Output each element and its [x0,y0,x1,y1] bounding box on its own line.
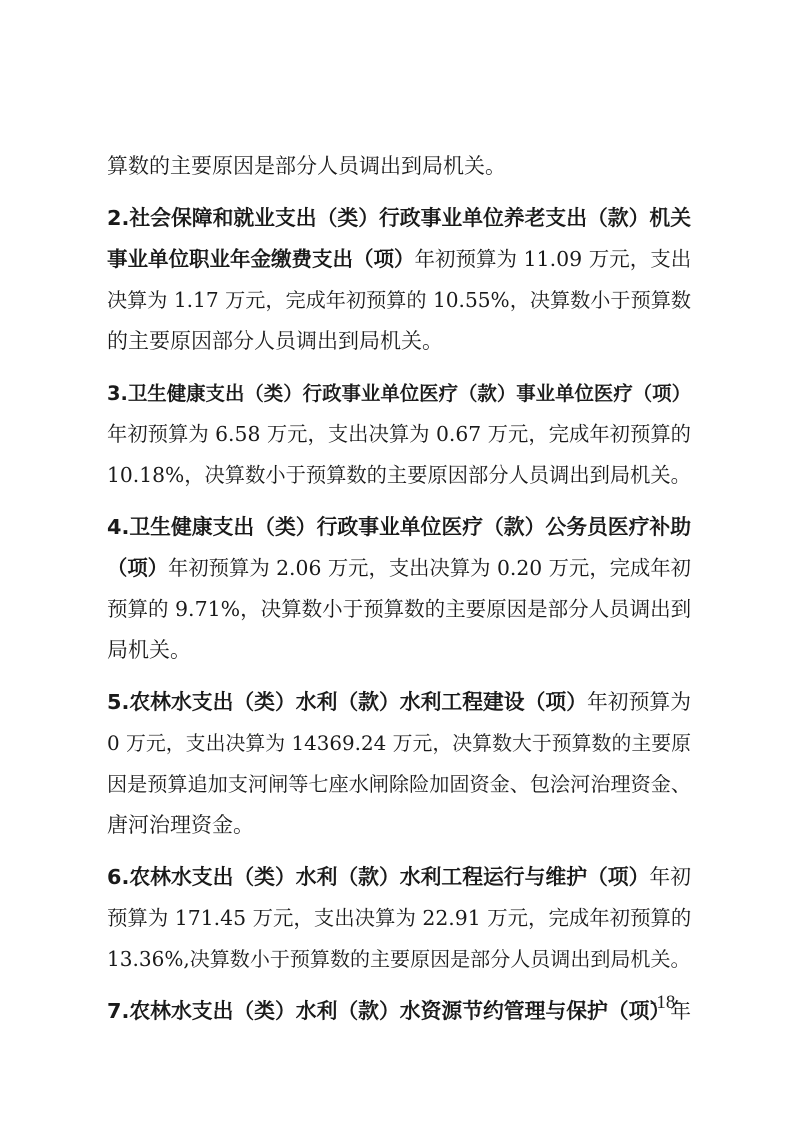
line-text: 13.36%,决算数小于预算数的主要原因是部分人员调出到局机关。 [107,947,691,971]
item-4-line-4: 局机关。 [107,630,691,671]
item-heading: 5.农林水支出（类）水利（款）水利工程建设（项） [107,690,587,714]
item-heading: 6.农林水支出（类）水利（款）水利工程运行与维护（项） [107,865,649,889]
paragraph-gap [107,980,691,991]
line-text: 因是预算追加支河闸等七座水闸除险加固资金、包浍河治理资金、 [107,772,691,796]
item-2-heading-line-1: 2.社会保障和就业支出（类）行政事业单位养老支出（款）机关 [107,198,691,239]
line-text: 预算的 9.71%，决算数小于预算数的主要原因是部分人员调出到 [107,597,691,621]
line-text: 年初预算为 2.06 万元，支出决算为 0.20 万元，完成年初 [168,556,691,580]
line-text: 唐河治理资金。 [107,813,254,837]
paragraph-gap [107,846,691,857]
item-7-heading-line-1: 7.农林水支出（类）水利（款）水资源节约管理与保护（项）年 [107,991,691,1032]
item-4-heading-line-1: 4.卫生健康支出（类）行政事业单位医疗（款）公务员医疗补助 [107,507,691,548]
item-3-line-3: 10.18%，决算数小于预算数的主要原因部分人员调出到局机关。 [107,455,691,496]
line-text: 算数的主要原因是部分人员调出到局机关。 [107,154,506,178]
item-5-line-2: 0 万元，支出决算为 14369.24 万元，决算数大于预算数的主要原 [107,723,691,764]
page-number: -18- [650,992,682,1014]
item-heading: 2.社会保障和就业支出（类）行政事业单位养老支出（款）机关 [107,206,691,230]
item-heading: （项） [107,556,168,580]
item-6-heading-line-1: 6.农林水支出（类）水利（款）水利工程运行与维护（项）年初 [107,857,691,898]
item-4-line-3: 预算的 9.71%，决算数小于预算数的主要原因是部分人员调出到 [107,589,691,630]
item-6-line-2: 预算为 171.45 万元，支出决算为 22.91 万元，完成年初预算的 [107,898,691,939]
line-text: 预算为 171.45 万元，支出决算为 22.91 万元，完成年初预算的 [107,906,691,930]
paragraph-gap [107,362,691,373]
item-6-line-3: 13.36%,决算数小于预算数的主要原因是部分人员调出到局机关。 [107,939,691,980]
item-3-line-2: 年初预算为 6.58 万元，支出决算为 0.67 万元，完成年初预算的 [107,414,691,455]
item-2-line-3: 决算为 1.17 万元，完成年初预算的 10.55%，决算数小于预算数 [107,280,691,321]
paragraph-continuation-line: 算数的主要原因是部分人员调出到局机关。 [107,146,691,187]
line-text: 年初 [649,865,691,889]
document-page: 算数的主要原因是部分人员调出到局机关。 2.社会保障和就业支出（类）行政事业单位… [0,0,793,1122]
line-text: 10.18%，决算数小于预算数的主要原因部分人员调出到局机关。 [107,463,691,487]
line-text: 决算为 1.17 万元，完成年初预算的 10.55%，决算数小于预算数 [107,288,691,312]
item-5-heading-line-1: 5.农林水支出（类）水利（款）水利工程建设（项）年初预算为 [107,682,691,723]
item-5-line-3: 因是预算追加支河闸等七座水闸除险加固资金、包浍河治理资金、 [107,764,691,805]
body-text: 算数的主要原因是部分人员调出到局机关。 2.社会保障和就业支出（类）行政事业单位… [107,146,691,1032]
paragraph-gap [107,671,691,682]
paragraph-gap [107,496,691,507]
paragraph-gap [107,187,691,198]
line-text: 0 万元，支出决算为 14369.24 万元，决算数大于预算数的主要原 [107,732,691,755]
item-heading: 4.卫生健康支出（类）行政事业单位医疗（款）公务员医疗补助 [107,515,691,539]
item-4-line-2: （项）年初预算为 2.06 万元，支出决算为 0.20 万元，完成年初 [107,548,691,589]
item-2-line-2: 事业单位职业年金缴费支出（项）年初预算为 11.09 万元，支出 [107,239,691,280]
line-text: 年初预算为 [587,690,691,714]
item-5-line-4: 唐河治理资金。 [107,805,691,846]
item-heading: 7.农林水支出（类）水利（款）水资源节约管理与保护（项） [107,999,670,1023]
line-text: 的主要原因部分人员调出到局机关。 [107,329,443,353]
item-3-heading-line-1: 3.卫生健康支出（类）行政事业单位医疗（款）事业单位医疗（项） [107,373,691,414]
line-text: 年初预算为 11.09 万元，支出 [415,247,692,271]
item-heading: 3.卫生健康支出（类）行政事业单位医疗（款）事业单位医疗（项） [107,382,691,405]
item-heading: 事业单位职业年金缴费支出（项） [107,247,415,271]
line-text: 局机关。 [107,638,191,662]
item-2-line-4: 的主要原因部分人员调出到局机关。 [107,321,691,362]
line-text: 年初预算为 6.58 万元，支出决算为 0.67 万元，完成年初预算的 [107,422,691,446]
